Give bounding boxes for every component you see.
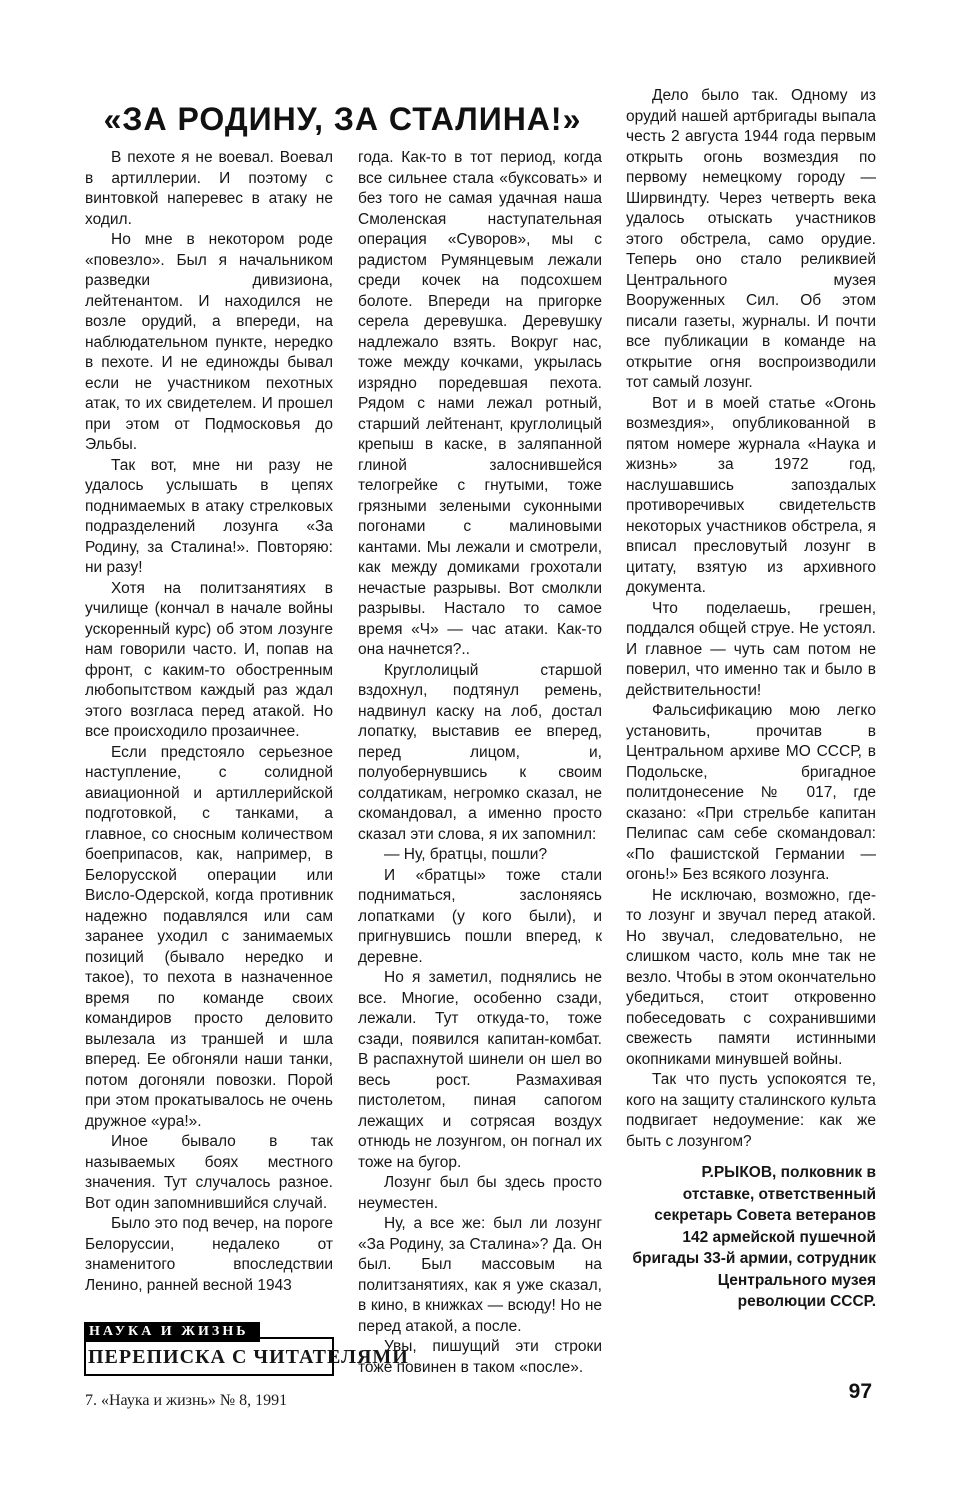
page-number: 97 — [849, 1380, 872, 1404]
rubric-heading: ПЕРЕПИСКА С ЧИТАТЕЛЯМИ — [84, 1337, 334, 1376]
magazine-page: «ЗА РОДИНУ, ЗА СТАЛИНА!» В пехоте я не в… — [0, 0, 960, 1500]
article-paragraph: Но я заметил, поднялись не все. Многие, … — [358, 968, 602, 1173]
rubric-kicker: НАУКА И ЖИЗНЬ — [84, 1322, 260, 1342]
article-paragraph: Так вот, мне ни разу не удалось услышать… — [85, 456, 333, 579]
rubric-block: НАУКА И ЖИЗНЬ ПЕРЕПИСКА С ЧИТАТЕЛЯМИ — [84, 1322, 334, 1376]
article-paragraph: Иное бывало в так называемых боях местно… — [85, 1132, 333, 1214]
article-paragraph: Ну, а все же: был ли лозунг «За Родину, … — [358, 1214, 602, 1337]
article-paragraph: Не исключаю, возможно, где-то лозунг и з… — [626, 886, 876, 1071]
article-paragraph: Дело было так. Одному из орудий нашей ар… — [626, 86, 876, 394]
article-paragraph: Фальсификацию мою легко установить, проч… — [626, 701, 876, 886]
author-signature: Р.РЫКОВ, полковник в отставке, ответстве… — [626, 1162, 876, 1313]
article-column-1: В пехоте я не воевал. Воевал в артиллери… — [85, 148, 333, 1296]
article-paragraph: Вот и в моей статье «Огонь возмездия», о… — [626, 394, 876, 599]
article-paragraph: Но мне в некотором роде «повезло». Был я… — [85, 230, 333, 456]
article-paragraph: Лозунг был бы здесь просто неуместен. — [358, 1173, 602, 1214]
article-paragraph: Было это под вечер, на пороге Белоруссии… — [85, 1214, 333, 1296]
article-paragraph: года. Как-то в тот период, когда все сил… — [358, 148, 602, 661]
article-paragraph: Хотя на политзанятиях в училище (кончал … — [85, 579, 333, 743]
article-title: «ЗА РОДИНУ, ЗА СТАЛИНА!» — [85, 101, 600, 138]
article-column-3: Дело было так. Одному из орудий нашей ар… — [626, 86, 876, 1313]
article-paragraph: И «братцы» тоже стали подниматься, засло… — [358, 866, 602, 969]
article-column-3-paragraphs: Дело было так. Одному из орудий нашей ар… — [626, 86, 876, 1152]
article-paragraph: Что поделаешь, грешен, поддался общей ст… — [626, 599, 876, 702]
article-paragraph: Так что пусть успокоятся те, кого на защ… — [626, 1070, 876, 1152]
article-paragraph: В пехоте я не воевал. Воевал в артиллери… — [85, 148, 333, 230]
issue-footer: 7. «Наука и жизнь» № 8, 1991 — [85, 1392, 287, 1410]
article-paragraph: Круглолицый старшой вздохнул, подтянул р… — [358, 661, 602, 846]
article-paragraph: — Ну, братцы, пошли? — [358, 845, 602, 866]
article-paragraph: Если предстояло серьезное наступление, с… — [85, 743, 333, 1133]
article-column-2: года. Как-то в тот период, когда все сил… — [358, 148, 602, 1378]
